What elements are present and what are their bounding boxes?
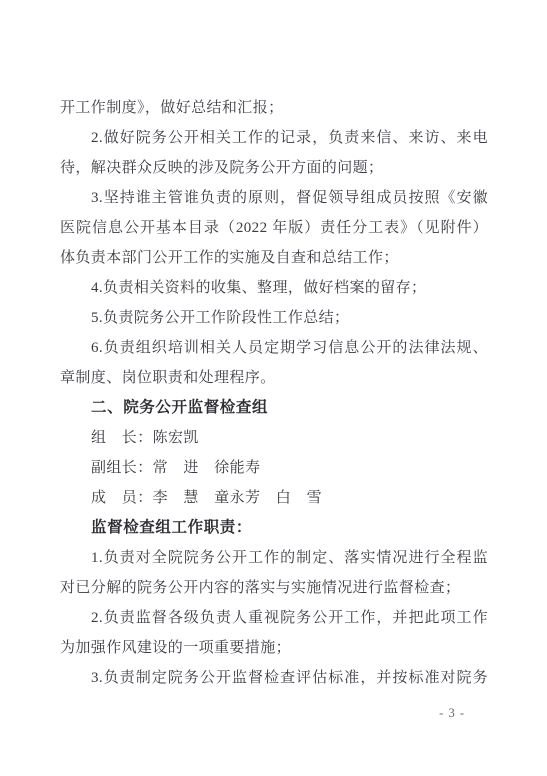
document-body: 开工作制度》，做好总结和汇报；2.做好院务公开相关工作的记录，负责来信、来访、来… — [60, 93, 488, 693]
body-text-line: 为加强作风建设的一项重要措施； — [60, 633, 488, 663]
body-text-line: 4.负责相关资料的收集、整理，做好档案的留存； — [60, 273, 488, 303]
body-text-line: 3.负责制定院务公开监督检查评估标准，并按标准对院务公 — [60, 663, 488, 693]
body-text-line: 组 长：陈宏凯 — [60, 423, 488, 453]
body-text-line: 3.坚持谁主管谁负责的原则，督促领导组成员按照《安徽省 — [60, 183, 488, 213]
page-number: - 3 - — [439, 706, 465, 721]
body-text-line: 6.负责组织培训相关人员定期学习信息公开的法律法规、规 — [60, 333, 488, 363]
body-text-line: 待，解决群众反映的涉及院务公开方面的问题； — [60, 153, 488, 183]
body-text-line: 5.负责院务公开工作阶段性工作总结； — [60, 303, 488, 333]
section-heading-line: 监督检查组工作职责： — [60, 513, 488, 543]
body-text-line: 2.负责监督各级负责人重视院务公开工作，并把此项工作作 — [60, 603, 488, 633]
body-text-line: 成 员：李 慧 童永芳 白 雪 — [60, 483, 488, 513]
body-text-line: 副组长：常 进 徐能寿 — [60, 453, 488, 483]
body-text-line: 体负责本部门公开工作的实施及自查和总结工作； — [60, 243, 488, 273]
body-text-line: 医院信息公开基本目录（2022 年版）责任分工表》（见附件）具 — [60, 213, 488, 243]
section-heading-line: 二、院务公开监督检查组 — [60, 393, 488, 423]
body-text-line: 对已分解的院务公开内容的落实与实施情况进行监督检查； — [60, 573, 488, 603]
body-text-line: 章制度、岗位职责和处理程序。 — [60, 363, 488, 393]
body-text-line: 2.做好院务公开相关工作的记录，负责来信、来访、来电接 — [60, 123, 488, 153]
body-text-line: 1.负责对全院院务公开工作的制定、落实情况进行全程监督， — [60, 543, 488, 573]
document-page: 开工作制度》，做好总结和汇报；2.做好院务公开相关工作的记录，负责来信、来访、来… — [0, 0, 547, 776]
body-text-line: 开工作制度》，做好总结和汇报； — [60, 93, 488, 123]
